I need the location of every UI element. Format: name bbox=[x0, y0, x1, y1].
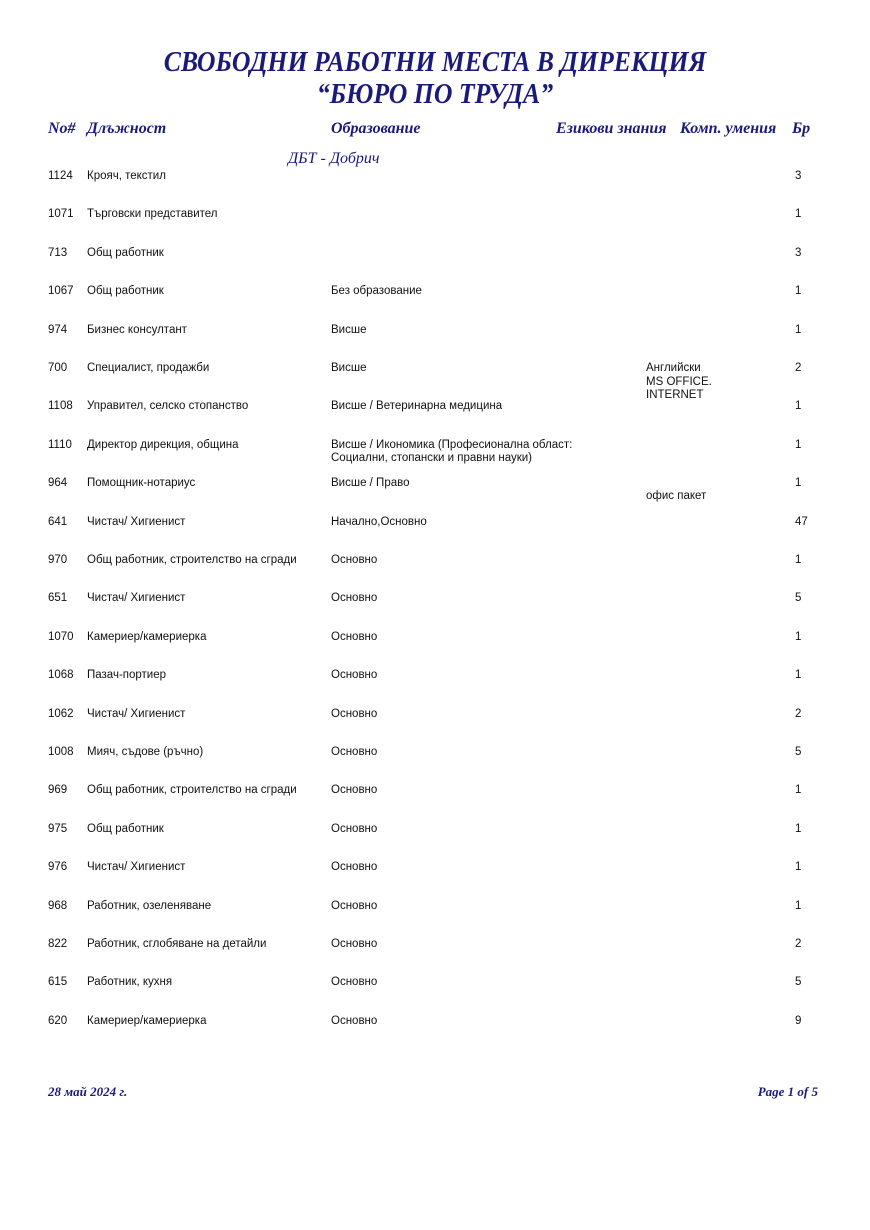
footer-page-number: Page 1 of 5 bbox=[758, 1084, 818, 1100]
cell-no: 713 bbox=[48, 247, 67, 261]
cell-education: Висше / Икономика (Професионална област:… bbox=[331, 439, 572, 466]
cell-position: Общ работник, строителство на сгради bbox=[87, 784, 297, 798]
cell-count: 5 bbox=[795, 746, 801, 760]
cell-position: Чистач/ Хигиенист bbox=[87, 592, 185, 606]
group-label: ДБТ - Добрич bbox=[288, 150, 380, 168]
cell-position: Чистач/ Хигиенист bbox=[87, 861, 185, 875]
column-header-computer-skills: Комп. умения bbox=[680, 120, 776, 138]
cell-computer-skills: MS OFFICE. INTERNET bbox=[646, 376, 712, 403]
cell-no: 1008 bbox=[48, 746, 74, 760]
cell-no: 1110 bbox=[48, 439, 72, 453]
cell-position: Камериер/камериерка bbox=[87, 631, 206, 645]
cell-position: Работник, кухня bbox=[87, 976, 172, 990]
cell-count: 2 bbox=[795, 708, 801, 722]
cell-no: 1068 bbox=[48, 669, 74, 683]
cell-count: 1 bbox=[795, 285, 801, 299]
cell-education: Висше bbox=[331, 362, 366, 376]
cell-count: 1 bbox=[795, 477, 801, 491]
column-header-count: Бр bbox=[792, 120, 810, 138]
page-title-line-1: СВОБОДНИ РАБОТНИ МЕСТА В ДИРЕКЦИЯ bbox=[35, 47, 835, 79]
cell-position: Управител, селско стопанство bbox=[87, 400, 248, 414]
cell-no: 700 bbox=[48, 362, 67, 376]
cell-count: 47 bbox=[795, 516, 808, 530]
cell-education: Висше bbox=[331, 324, 366, 338]
cell-education: Основно bbox=[331, 784, 377, 798]
cell-no: 651 bbox=[48, 592, 67, 606]
column-header-position: Длъжност bbox=[87, 120, 166, 138]
cell-no: 964 bbox=[48, 477, 67, 491]
column-header-languages: Езикови знания bbox=[556, 120, 667, 138]
cell-no: 1067 bbox=[48, 285, 74, 299]
cell-position: Търговски представител bbox=[87, 208, 217, 222]
cell-education: Основно bbox=[331, 938, 377, 952]
column-header-no: No# bbox=[48, 120, 76, 138]
cell-count: 1 bbox=[795, 400, 801, 414]
cell-position: Помощник-нотариус bbox=[87, 477, 195, 491]
cell-count: 1 bbox=[795, 900, 801, 914]
cell-count: 1 bbox=[795, 823, 801, 837]
footer-date: 28 май 2024 г. bbox=[48, 1084, 127, 1100]
cell-education: Висше / Ветеринарна медицина bbox=[331, 400, 502, 414]
cell-education: Основно bbox=[331, 1015, 377, 1029]
cell-education: Основно bbox=[331, 976, 377, 990]
cell-count: 1 bbox=[795, 208, 801, 222]
cell-education: Начално,Основно bbox=[331, 516, 427, 530]
cell-no: 641 bbox=[48, 516, 67, 530]
cell-position: Камериер/камериерка bbox=[87, 1015, 206, 1029]
cell-position: Бизнес консултант bbox=[87, 324, 187, 338]
cell-position: Чистач/ Хигиенист bbox=[87, 516, 185, 530]
cell-count: 1 bbox=[795, 631, 801, 645]
cell-count: 1 bbox=[795, 669, 801, 683]
cell-no: 1070 bbox=[48, 631, 74, 645]
cell-no: 620 bbox=[48, 1015, 67, 1029]
cell-count: 9 bbox=[795, 1015, 801, 1029]
cell-position: Чистач/ Хигиенист bbox=[87, 708, 185, 722]
cell-position: Общ работник bbox=[87, 285, 164, 299]
cell-no: 975 bbox=[48, 823, 67, 837]
cell-position: Мияч, съдове (ръчно) bbox=[87, 746, 203, 760]
cell-education: Основно bbox=[331, 708, 377, 722]
cell-education: Основно bbox=[331, 554, 377, 568]
cell-position: Работник, сглобяване на детайли bbox=[87, 938, 266, 952]
cell-count: 3 bbox=[795, 247, 801, 261]
cell-position: Общ работник bbox=[87, 823, 164, 837]
cell-education: Висше / Право bbox=[331, 477, 409, 491]
cell-no: 1071 bbox=[48, 208, 74, 222]
cell-education: Основно bbox=[331, 900, 377, 914]
cell-no: 1124 bbox=[48, 170, 73, 184]
cell-no: 976 bbox=[48, 861, 67, 875]
cell-count: 1 bbox=[795, 324, 801, 338]
cell-position: Общ работник bbox=[87, 247, 164, 261]
cell-no: 822 bbox=[48, 938, 67, 952]
cell-computer-skills: офис пакет bbox=[646, 490, 706, 504]
cell-education: Без образование bbox=[331, 285, 422, 299]
cell-no: 968 bbox=[48, 900, 67, 914]
cell-position: Крояч, текстил bbox=[87, 170, 166, 184]
cell-count: 5 bbox=[795, 976, 801, 990]
cell-position: Директор дирекция, община bbox=[87, 439, 239, 453]
cell-count: 2 bbox=[795, 938, 801, 952]
cell-count: 1 bbox=[795, 439, 801, 453]
cell-no: 615 bbox=[48, 976, 67, 990]
cell-no: 969 bbox=[48, 784, 67, 798]
cell-education: Основно bbox=[331, 746, 377, 760]
cell-education: Основно bbox=[331, 631, 377, 645]
column-header-education: Образование bbox=[331, 120, 421, 138]
cell-no: 1108 bbox=[48, 400, 73, 414]
cell-no: 1062 bbox=[48, 708, 74, 722]
cell-count: 5 bbox=[795, 592, 801, 606]
cell-position: Работник, озеленяване bbox=[87, 900, 211, 914]
cell-count: 1 bbox=[795, 784, 801, 798]
cell-count: 3 bbox=[795, 170, 801, 184]
page-title-line-2: “БЮРО ПО ТРУДА” bbox=[35, 79, 835, 111]
cell-education: Основно bbox=[331, 823, 377, 837]
cell-count: 2 bbox=[795, 362, 801, 376]
cell-education: Основно bbox=[331, 669, 377, 683]
cell-position: Специалист, продажби bbox=[87, 362, 209, 376]
cell-no: 974 bbox=[48, 324, 67, 338]
cell-no: 970 bbox=[48, 554, 67, 568]
cell-count: 1 bbox=[795, 861, 801, 875]
cell-count: 1 bbox=[795, 554, 801, 568]
cell-education: Основно bbox=[331, 592, 377, 606]
cell-education: Основно bbox=[331, 861, 377, 875]
cell-position: Общ работник, строителство на сгради bbox=[87, 554, 297, 568]
cell-position: Пазач-портиер bbox=[87, 669, 166, 683]
cell-languages: Английски bbox=[646, 362, 701, 376]
